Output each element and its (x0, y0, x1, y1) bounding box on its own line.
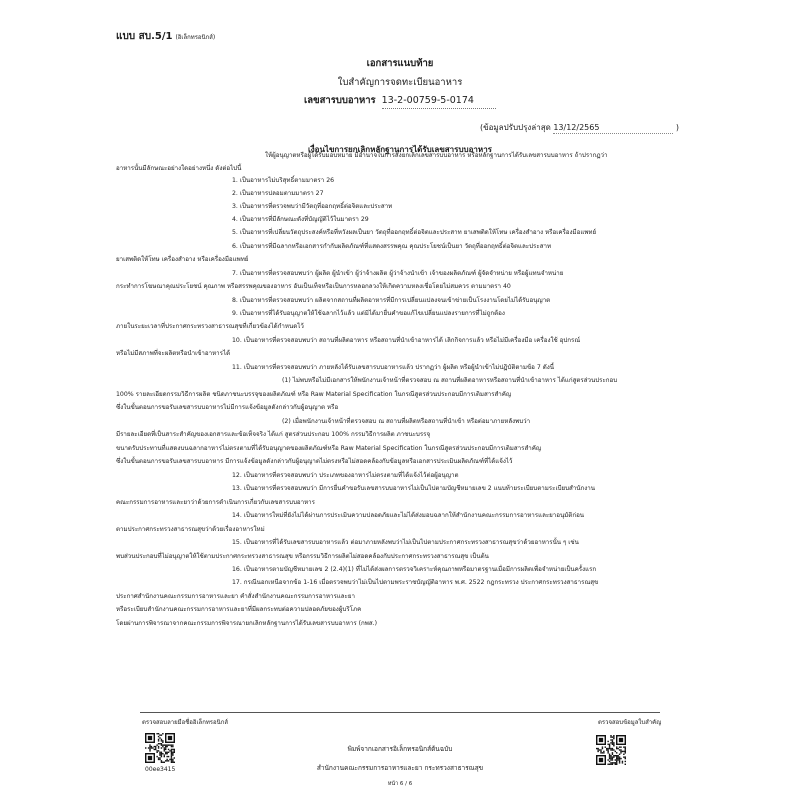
body-line: 100% รายละเอียดกรรมวิธีการผลิต ชนิดภาชนะ… (116, 391, 511, 399)
body-line: 15. เป็นอาหารที่ได้รับเลขสารบบอาหารแล้ว … (232, 539, 579, 547)
body-line: โดยผ่านการพิจารณาจากคณะกรรมการพิจารณายกเ… (116, 620, 377, 628)
body-line: ยาเสพติดให้โทษ เครื่องสำอาง หรือเครื่องม… (116, 256, 248, 264)
body-line: ตามประกาศกระทรวงสาธารณสุขว่าด้วยเรื่องอา… (116, 526, 265, 534)
body-line: หรือระเบียบสำนักงานคณะกรรมการอาหารและยาท… (116, 606, 361, 614)
print-source: พิมพ์จากเอกสารอิเล็กทรอนิกส์ต้นฉบับ (0, 744, 800, 754)
body-line: (1) ไม่พบหรือไม่มีเอกสารให้พนักงานเจ้าหน… (282, 377, 617, 385)
body-line: 17. กรณีนอกเหนือจากข้อ 1-16 เมื่อตรวจพบว… (232, 579, 598, 587)
issuing-agency: สำนักงานคณะกรรมการอาหารและยา กระทรวงสาธา… (0, 763, 800, 773)
document-subtitle: ใบสำคัญการจดทะเบียนอาหาร (0, 75, 800, 90)
registration-label: เลขสารบบอาหาร (304, 95, 376, 106)
body-line: ซึ่งในขั้นตอนการขอรับเลขสารบบอาหาร มีการ… (116, 458, 512, 466)
body-line: 12. เป็นอาหารที่ตรวจสอบพบว่า ประเภทของอา… (232, 472, 459, 480)
last-updated: (ข้อมูลปรับปรุงล่าสุด 13/12/2565 ) (480, 121, 679, 134)
body-line: หรือไม่มีสภาพที่จะผลิตหรือนำเข้าอาหารได้ (116, 350, 230, 358)
body-line: ประกาศสำนักงานคณะกรรมการอาหารและยา คำสั่… (116, 593, 355, 601)
updated-prefix: (ข้อมูลปรับปรุงล่าสุด (480, 123, 551, 132)
form-code-sub: (อิเล็กทรอนิกส์) (175, 34, 215, 41)
body-line: 16. เป็นอาหารตามบัญชีหมายเลข 2 (2.4)(1) … (232, 566, 596, 574)
body-line: 7. เป็นอาหารที่ตรวจสอบพบว่า ผู้ผลิต ผู้น… (232, 270, 563, 278)
document-title: เอกสารแนบท้าย (0, 56, 800, 71)
body-line: 13. เป็นอาหารที่ตรวจสอบพบว่า มีการยื่นคำ… (232, 485, 595, 493)
page-number: หน้า 6 / 6 (0, 780, 800, 788)
body-line: ซึ่งในขั้นตอนการขอรับเลขสารบบอาหารไม่มีก… (116, 404, 338, 412)
body-line: กระทำการโฆษณาคุณประโยชน์ คุณภาพ หรือสรรพ… (116, 283, 511, 291)
signature-check-label: ตรวจสอบลายมือชื่ออิเล็กทรอนิกส์ (142, 717, 228, 727)
body-line: มีรายละเอียดที่เป็นสาระสำคัญของเอกสารและ… (116, 431, 430, 439)
body-line: 14. เป็นอาหารใหม่ที่ยังไม่ได้ผ่านการประเ… (232, 512, 584, 520)
body-line: 5. เป็นอาหารที่เปลี่ยนวัตถุประสงค์หรือที… (232, 229, 596, 237)
document-page: แบบ สบ.5/1(อิเล็กทรอนิกส์) เอกสารแนบท้าย… (0, 0, 800, 800)
body-line: 4. เป็นอาหารที่มีลักษณะดังที่บัญญัติไว้ใ… (232, 216, 369, 224)
body-line: ให้ผู้อนุญาตหรือผู้ได้รับมอบหมาย มีอำนาจ… (265, 152, 608, 160)
body-line: อาหารนั้นมีลักษณะอย่างใดอย่างหนึ่ง ดังต่… (116, 165, 241, 173)
form-code: แบบ สบ.5/1(อิเล็กทรอนิกส์) (116, 29, 215, 44)
body-line: คณะกรรมการอาหารและยาว่าด้วยการดำเนินการเ… (116, 499, 315, 507)
registration-row: เลขสารบบอาหาร13-2-00759-5-0174 (0, 93, 800, 109)
footer-divider (140, 712, 660, 713)
body-line: พบส่วนประกอบที่ไม่อนุญาตให้ใช้ตามประกาศก… (116, 553, 489, 561)
body-line: 9. เป็นอาหารที่ได้รับอนุญาตให้ใช้ฉลากไว้… (232, 310, 505, 318)
body-line: 11. เป็นอาหารที่ตรวจสอบพบว่า ภายหลังได้ร… (232, 364, 554, 372)
body-line: 2. เป็นอาหารปลอมตามมาตรา 27 (232, 190, 324, 198)
body-line: 1. เป็นอาหารไม่บริสุทธิ์ตามมาตรา 26 (232, 177, 334, 185)
body-line: (2) เมื่อพนักงานเจ้าหน้าที่ตรวจสอบ ณ สถา… (282, 418, 530, 426)
updated-date: 13/12/2565 (553, 123, 673, 134)
certificate-check-label: ตรวจสอบข้อมูลใบสำคัญ (598, 717, 661, 727)
updated-suffix: ) (676, 123, 679, 132)
body-line: ขนาดรับประทานที่แสดงบนฉลากอาหารไม่ตรงตาม… (116, 445, 541, 453)
body-line: 10. เป็นอาหารที่ตรวจสอบพบว่า สถานที่ผลิต… (232, 337, 580, 345)
body-line: 6. เป็นอาหารที่มีฉลากหรือเอกสารกำกับผลิต… (232, 243, 551, 251)
form-code-label: แบบ สบ.5/1 (116, 31, 172, 42)
body-line: ภายในระยะเวลาที่ประกาศกระทรวงสาธารณสุขที… (116, 323, 304, 331)
registration-number: 13-2-00759-5-0174 (382, 95, 496, 109)
body-line: 3. เป็นอาหารที่ตรวจพบว่ามีวัตถุที่ออกฤทธ… (232, 203, 392, 211)
body-line: 8. เป็นอาหารที่ตรวจสอบพบว่า ผลิตจากสถานท… (232, 297, 550, 305)
